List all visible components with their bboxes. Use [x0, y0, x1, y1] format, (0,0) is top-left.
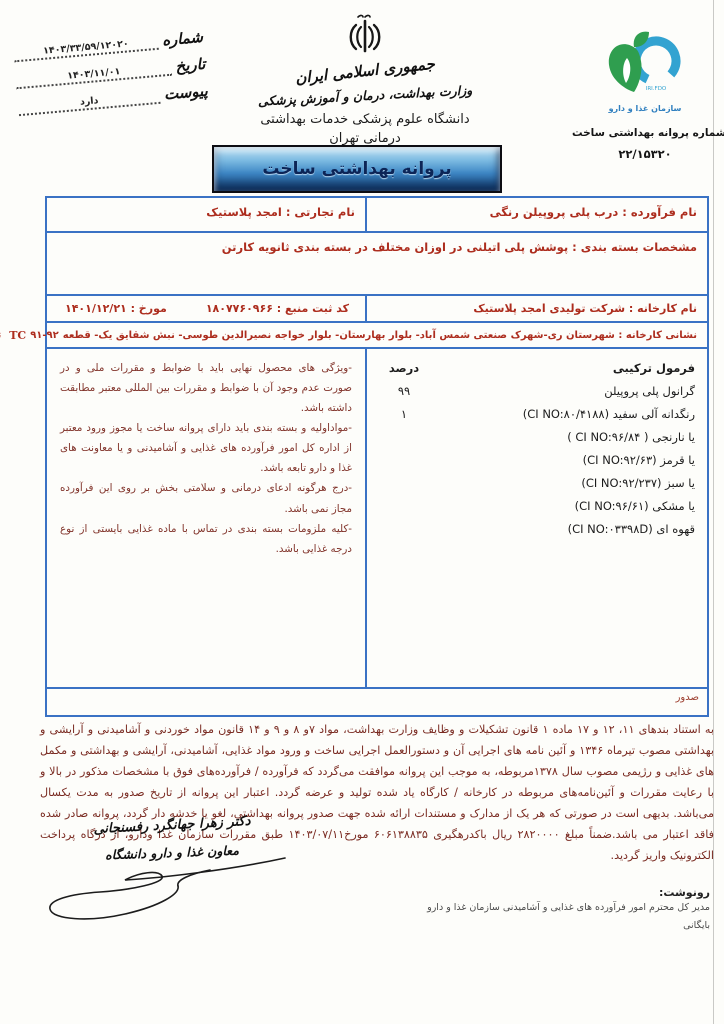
ingredient-percent: ۹۹: [379, 380, 429, 403]
attachment-label: پیوست: [163, 82, 208, 104]
registry-meta-block: شماره ۱۴۰۳/۳۳/۵۹/۱۲۰۲۰ تاریخ ۱۴۰۳/۱۱/۰۱ …: [13, 28, 209, 125]
condition-note: -ویژگی های محصول نهایی باید با ضوابط و م…: [60, 358, 352, 418]
ingredient-name: یا سبز (CI NO:۹۲/۲۳۷): [429, 472, 695, 495]
ingredient-percent: ۱: [379, 403, 429, 426]
university-line2: درمانی تهران: [240, 131, 490, 146]
factory-name-field: نام کارخانه : شرکت تولیدی امجد پلاستیک: [365, 296, 707, 321]
row-issuance: صدور: [47, 687, 707, 715]
license-table: نام فرآورده : درب پلی پروپیلن رنگی نام ت…: [45, 196, 709, 717]
fdo-org-name: سازمان غذا و دارو: [572, 104, 718, 113]
copy-to-label: رونوشت:: [388, 886, 710, 899]
trade-name-field: نام تجارتی : امجد پلاستیک: [47, 198, 365, 231]
row-address: نشانی کارخانه : شهرستان ری-شهرک صنعتی شم…: [47, 321, 707, 347]
row-packaging: مشخصات بسته بندی : پوشش پلی اتیلنی در او…: [47, 231, 707, 294]
percent-header: درصد: [379, 357, 429, 380]
attachment-value: دارد: [18, 90, 161, 116]
formula-row: گرانول پلی پروپیلن ۹۹: [379, 380, 695, 403]
license-title: پروانه بهداشتی ساخت: [262, 159, 451, 179]
fdo-logo-icon: IRI.FDO: [601, 28, 689, 104]
source-code-and-date: کد ثبت منبع : ۱۸۰۷۷۶۰۹۶۶ مورخ : ۱۴۰۱/۱۲/…: [47, 296, 365, 321]
source-code-field: کد ثبت منبع : ۱۸۰۷۷۶۰۹۶۶: [206, 302, 349, 315]
condition-note: -درج هرگونه ادعای درمانی و سلامتی بخش بر…: [60, 478, 352, 518]
formula-row: یا سبز (CI NO:۹۲/۲۳۷): [379, 472, 695, 495]
formula-row: رنگدانه آلی سفید (CI NO:۸۰/۴۱۸۸) ۱: [379, 403, 695, 426]
university-line1: دانشگاه علوم پزشکی خدمات بهداشتی: [240, 112, 490, 127]
packaging-field: مشخصات بسته بندی : پوشش پلی اتیلنی در او…: [47, 233, 707, 294]
health-license-document: شماره ۱۴۰۳/۳۳/۵۹/۱۲۰۲۰ تاریخ ۱۴۰۳/۱۱/۰۱ …: [0, 0, 724, 1024]
date-value: ۱۴۰۳/۱۱/۰۱: [16, 62, 173, 90]
number-value: ۱۴۰۳/۳۳/۵۹/۱۲۰۲۰: [13, 36, 159, 63]
date-label: تاریخ: [175, 55, 206, 76]
letterhead: جمهوری اسلامی ایران وزارت بهداشت، درمان …: [240, 10, 490, 146]
number-label: شماره: [161, 28, 203, 49]
formula-row: یا نارنجی ( CI NO:۹۶/۸۴ ): [379, 426, 695, 449]
formula-row: قهوه ای (CI NO:۰۳۳۹۸D): [379, 518, 695, 541]
formula-row: یا قرمز (CI NO:۹۲/۶۳): [379, 449, 695, 472]
meta-attachment-row: پیوست دارد: [18, 82, 209, 116]
factory-address-field: نشانی کارخانه : شهرستان ری-شهرک صنعتی شم…: [63, 330, 697, 341]
copy-to-block: رونوشت: مدیر کل محترم امور فرآورده های غ…: [388, 886, 710, 935]
ingredient-name: یا قرمز (CI NO:۹۲/۶۳): [429, 449, 695, 472]
row-factory: نام کارخانه : شرکت تولیدی امجد پلاستیک ک…: [47, 294, 707, 321]
license-number-value: ۲۲/۱۵۳۲۰: [572, 147, 718, 161]
ingredient-name: گرانول پلی پروپیلن: [429, 380, 695, 403]
formula-column: فرمول ترکیبی درصد گرانول پلی پروپیلن ۹۹ …: [365, 349, 707, 687]
ingredient-name: یا مشکی (CI NO:۹۶/۶۱): [429, 495, 695, 518]
address-plot-range: ۹۱-۹۲: [30, 330, 59, 341]
fdo-abbr-text: IRI.FDO: [646, 86, 667, 92]
ingredient-name: رنگدانه آلی سفید (CI NO:۸۰/۴۱۸۸): [429, 403, 695, 426]
issuance-label: صدور: [676, 692, 699, 712]
formula-header: فرمول ترکیبی درصد: [379, 357, 695, 380]
product-name-field: نام فرآورده : درب پلی پروپیلن رنگی: [365, 198, 707, 231]
formula-title: فرمول ترکیبی: [429, 357, 695, 380]
signature-block: دکتر زهرا جهانگرد رفسنجانی معاون غذا و د…: [52, 818, 292, 860]
condition-note: -کلیه ملزومات بسته بندی در تماس با ماده …: [60, 519, 352, 559]
fdo-block: IRI.FDO سازمان غذا و دارو شماره پروانه ب…: [572, 28, 718, 161]
conditions-column: -ویژگی های محصول نهایی باید با ضوابط و م…: [47, 349, 365, 687]
iran-emblem-icon: [346, 10, 384, 58]
address-tc-code: TC: [9, 329, 26, 342]
ingredient-name: یا نارنجی ( CI NO:۹۶/۸۴ ): [429, 426, 695, 449]
ingredient-name: قهوه ای (CI NO:۰۳۳۹۸D): [429, 518, 695, 541]
formula-row: یا مشکی (CI NO:۹۶/۶۱): [379, 495, 695, 518]
license-number-label: شماره پروانه بهداشتی ساخت: [572, 127, 718, 139]
condition-note: -مواداولیه و بسته بندی باید دارای پروانه…: [60, 418, 352, 478]
row-product: نام فرآورده : درب پلی پروپیلن رنگی نام ت…: [47, 198, 707, 231]
copy-to-item: مدیر کل محترم امور فرآورده های غذایی و آ…: [388, 899, 710, 917]
copy-to-item: بایگانی: [388, 917, 710, 935]
phone-label: تلفن :: [0, 330, 1, 341]
license-title-banner: پروانه بهداشتی ساخت: [212, 145, 502, 193]
dated-field: مورخ : ۱۴۰۱/۱۲/۲۱: [65, 302, 167, 315]
row-formula-notes: فرمول ترکیبی درصد گرانول پلی پروپیلن ۹۹ …: [47, 347, 707, 687]
